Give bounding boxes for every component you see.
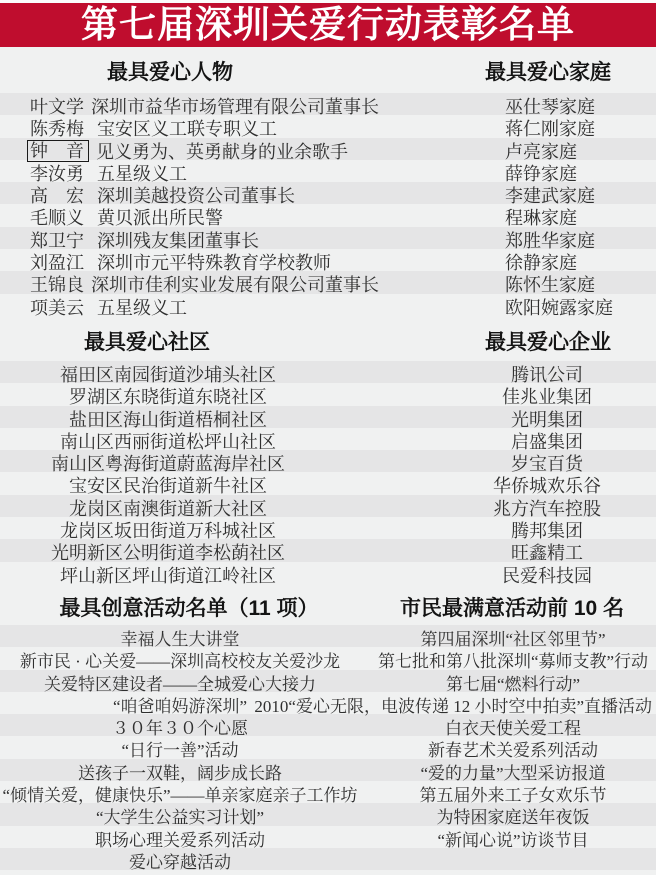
- heading-families: 最具爱心家庭: [360, 59, 656, 87]
- award-row: 坪山新区坪山街道江岭社区民爱科技园: [0, 562, 656, 584]
- rows-persons-families: 叶文学深圳市益华市场管理有限公司董事长巫仕琴家庭陈秀梅宝安区义工联专职义工蒋仁刚…: [0, 93, 656, 316]
- heading-satisfaction-activities: 市民最满意活动前 10 名: [360, 595, 656, 623]
- award-row: 陈秀梅宝安区义工联专职义工蒋仁刚家庭: [0, 115, 656, 137]
- left-list-item: 爱心穿越活动: [0, 848, 360, 873]
- left-list-item: 幸福人生大讲堂: [0, 625, 360, 650]
- section-persons-families: 最具爱心人物 最具爱心家庭 叶文学深圳市益华市场管理有限公司董事长巫仕琴家庭陈秀…: [0, 59, 656, 316]
- right-list-item: 新春艺术关爱系列活动: [360, 736, 656, 761]
- award-row: “倾情关爱，健康快乐”——单亲家庭亲子工作坊第五届外来工子女欢乐节: [0, 781, 656, 803]
- left-list-item: “日行一善”活动: [0, 736, 360, 761]
- award-row: 李汝勇五星级义工薛铮家庭: [0, 160, 656, 182]
- person-description: 五星级义工: [97, 294, 187, 320]
- award-row: 关爱特区建设者——全城爱心大接力第七届“燃料行动”: [0, 670, 656, 692]
- award-row: 高 宏深圳美越投资公司董事长李建武家庭: [0, 182, 656, 204]
- award-row: ３０年３０个心愿白衣天使关爱工程: [0, 714, 656, 736]
- rows-activities: 幸福人生大讲堂第四届深圳“社区邻里节”新市民 · 心关爱——深圳高校校友关爱沙龙…: [0, 625, 656, 870]
- person-entry: 项美云五星级义工: [0, 294, 360, 320]
- left-list-item: 送孩子一双鞋，阔步成长路: [0, 759, 360, 784]
- title-banner: 第七届深圳关爱行动表彰名单: [0, 3, 656, 47]
- section-headings: 最具创意活动名单（11 项） 市民最满意活动前 10 名: [0, 595, 656, 623]
- award-row: 龙岗区坂田街道万科城社区腾邦集团: [0, 517, 656, 539]
- rows-communities-companies: 福田区南园街道沙埔头社区腾讯公司罗湖区东晓街道东晓社区佳兆业集团盐田区海山街道梧…: [0, 361, 656, 584]
- award-row: “咱爸咱妈游深圳”2010“爱心无限，电波传递 12 小时空中拍卖”直播活动: [0, 692, 656, 714]
- left-list-item: 关爱特区建设者——全城爱心大接力: [0, 670, 360, 695]
- award-row: 项美云五星级义工欧阳婉露家庭: [0, 294, 656, 316]
- left-list-item: 坪山新区坪山街道江岭社区: [0, 562, 360, 588]
- heading-creative-activities: 最具创意活动名单（11 项）: [0, 595, 360, 623]
- section-communities-companies: 最具爱心社区 最具爱心企业 福田区南园街道沙埔头社区腾讯公司罗湖区东晓街道东晓社…: [0, 329, 656, 584]
- award-row: 钟 音见义勇为、英勇献身的业余歌手卢亮家庭: [0, 138, 656, 160]
- right-list-item-empty: [360, 848, 656, 873]
- award-row: 刘盈江深圳市元平特殊教育学校教师徐静家庭: [0, 249, 656, 271]
- section-headings: 最具爱心人物 最具爱心家庭: [0, 59, 656, 87]
- right-list-item: 2010“爱心无限，电波传递 12 小时空中拍卖”直播活动: [360, 692, 656, 717]
- award-row: 龙岗区南澳街道新大社区兆方汽车控股: [0, 495, 656, 517]
- right-list-item: 第七届“燃料行动”: [360, 670, 656, 695]
- right-list-item: 白衣天使关爱工程: [360, 714, 656, 739]
- right-list-item: 第四届深圳“社区邻里节”: [360, 625, 656, 650]
- award-row: 幸福人生大讲堂第四届深圳“社区邻里节”: [0, 625, 656, 647]
- page-title: 第七届深圳关爱行动表彰名单: [81, 7, 575, 44]
- award-row: 盐田区海山街道梧桐社区光明集团: [0, 406, 656, 428]
- right-list-item: 第七批和第八批深圳“募师支教”行动: [360, 647, 656, 672]
- award-row: 罗湖区东晓街道东晓社区佳兆业集团: [0, 383, 656, 405]
- award-row: 送孩子一双鞋，阔步成长路“爱的力量”大型采访报道: [0, 759, 656, 781]
- left-list-item: 职场心理关爱系列活动: [0, 826, 360, 851]
- award-row: 毛顺义黄贝派出所民警程琳家庭: [0, 204, 656, 226]
- right-list-item: 为特困家庭送年夜饭: [360, 803, 656, 828]
- award-row: 爱心穿越活动: [0, 848, 656, 870]
- award-row: “大学生公益实习计划”为特困家庭送年夜饭: [0, 803, 656, 825]
- heading-communities: 最具爱心社区: [0, 329, 360, 357]
- heading-persons: 最具爱心人物: [0, 59, 360, 87]
- award-row: 新市民 · 心关爱——深圳高校校友关爱沙龙第七批和第八批深圳“募师支教”行动: [0, 647, 656, 669]
- person-name: 项美云: [30, 294, 90, 320]
- left-list-item: “大学生公益实习计划”: [0, 803, 360, 828]
- award-row: 南山区西丽街道松坪山社区启盛集团: [0, 428, 656, 450]
- award-row: 福田区南园街道沙埔头社区腾讯公司: [0, 361, 656, 383]
- award-row: “日行一善”活动新春艺术关爱系列活动: [0, 736, 656, 758]
- award-row: 南山区粤海街道蔚蓝海岸社区岁宝百货: [0, 450, 656, 472]
- heading-companies: 最具爱心企业: [360, 329, 656, 357]
- section-headings: 最具爱心社区 最具爱心企业: [0, 329, 656, 357]
- left-list-item: ３０年３０个心愿: [0, 714, 360, 739]
- right-list-item: 欧阳婉露家庭: [360, 294, 656, 320]
- award-row: 王锦良深圳市佳利实业发展有限公司董事长陈怀生家庭: [0, 271, 656, 293]
- left-list-item: 新市民 · 心关爱——深圳高校校友关爱沙龙: [0, 647, 360, 672]
- right-list-item: “爱的力量”大型采访报道: [360, 759, 656, 784]
- left-list-item: “倾情关爱，健康快乐”——单亲家庭亲子工作坊: [0, 781, 360, 806]
- award-row: 光明新区公明街道李松蓢社区旺鑫精工: [0, 539, 656, 561]
- award-row: 宝安区民治街道新牛社区华侨城欢乐谷: [0, 472, 656, 494]
- right-list-item: “新闻心说”访谈节目: [360, 826, 656, 851]
- award-row: 职场心理关爱系列活动“新闻心说”访谈节目: [0, 826, 656, 848]
- person-name-boxed: 钟 音: [27, 140, 89, 162]
- section-activities: 最具创意活动名单（11 项） 市民最满意活动前 10 名 幸福人生大讲堂第四届深…: [0, 595, 656, 870]
- right-list-item: 第五届外来工子女欢乐节: [360, 781, 656, 806]
- award-row: 郑卫宁深圳残友集团董事长郑胜华家庭: [0, 227, 656, 249]
- award-row: 叶文学深圳市益华市场管理有限公司董事长巫仕琴家庭: [0, 93, 656, 115]
- right-list-item: 民爱科技园: [360, 562, 656, 588]
